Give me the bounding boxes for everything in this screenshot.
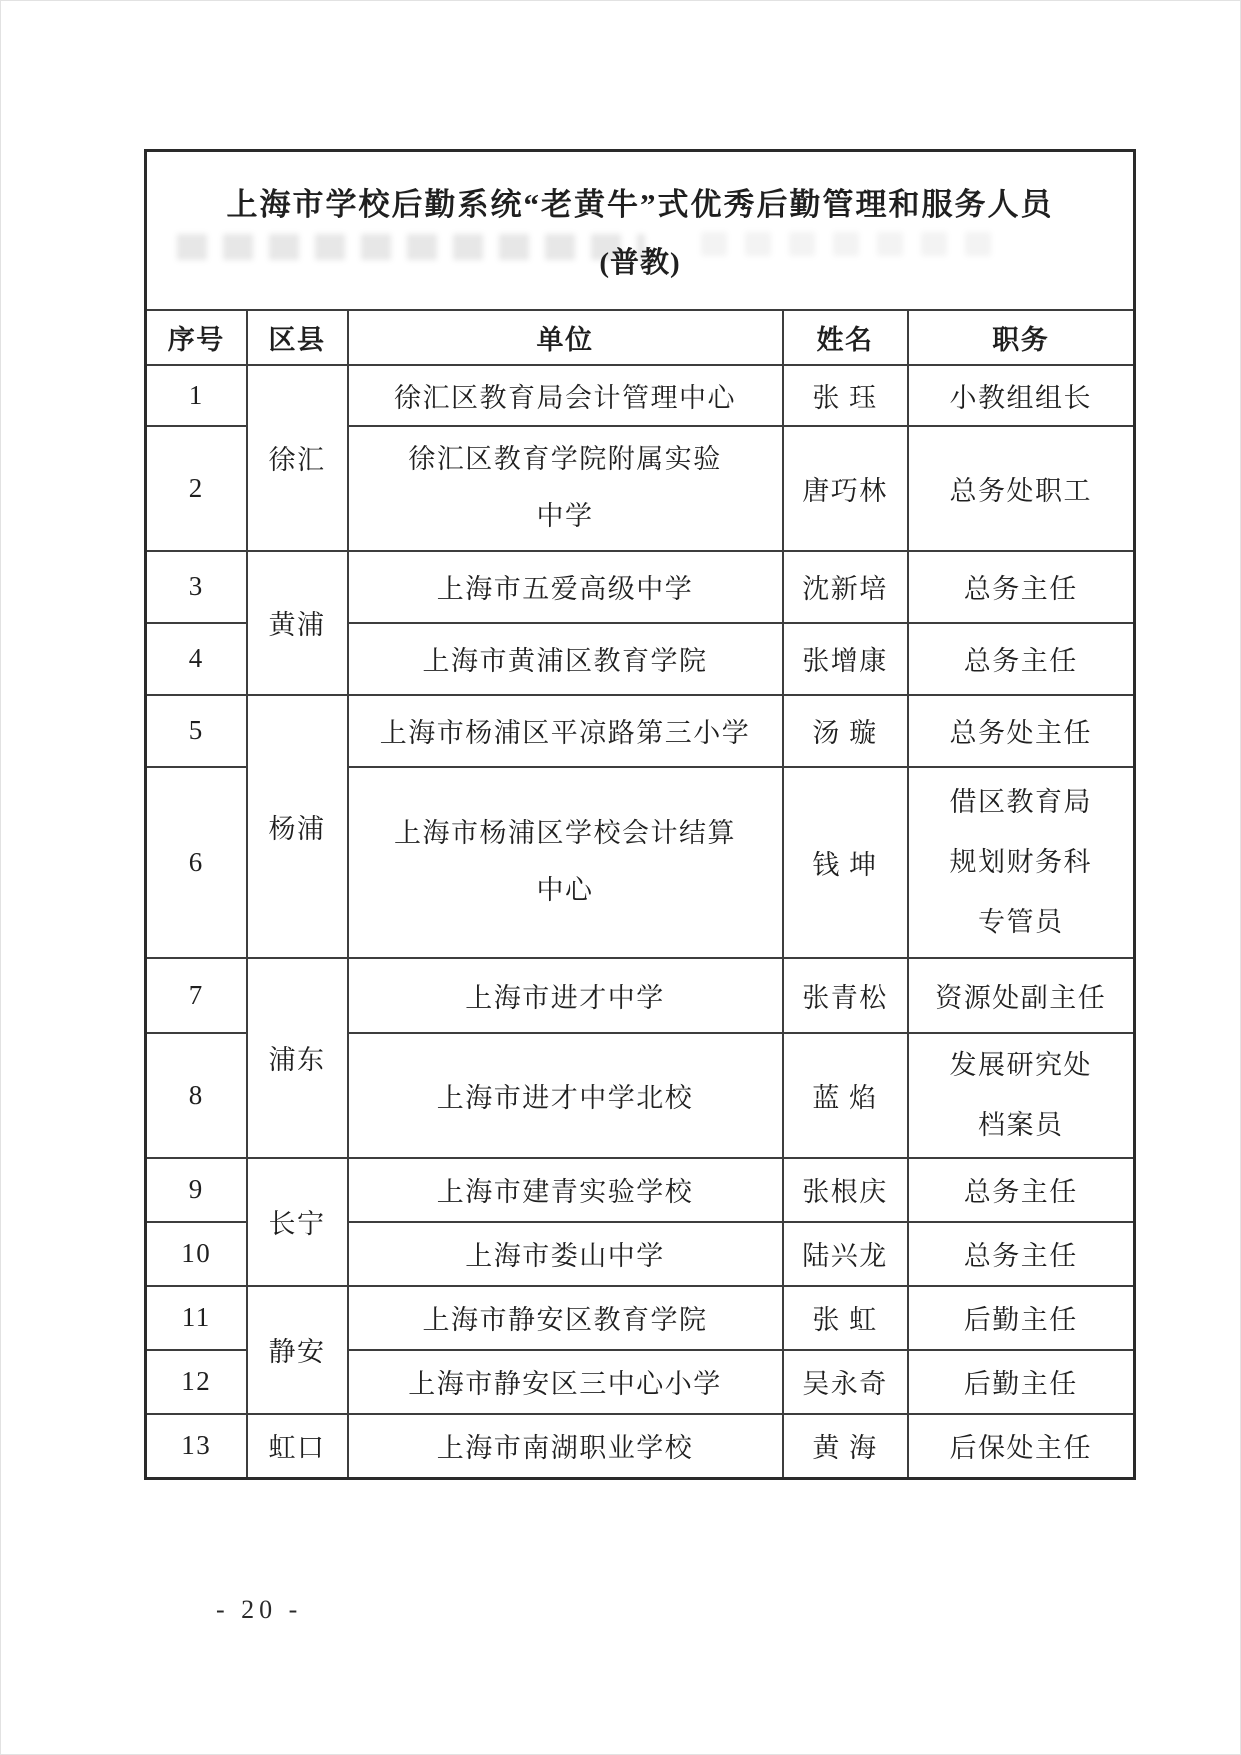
cell-position: 借区教育局规划财务科专管员 (908, 767, 1135, 958)
table-row: 1 徐汇 徐汇区教育局会计管理中心 张 珏 小教组组长 (146, 365, 1135, 426)
page-title: 上海市学校后勤系统“老黄牛”式优秀后勤管理和服务人员 (227, 179, 1054, 224)
cell-no: 7 (146, 958, 247, 1033)
cell-unit: 上海市娄山中学 (348, 1222, 783, 1286)
cell-position: 总务主任 (908, 551, 1135, 623)
cell-position: 小教组组长 (908, 365, 1135, 426)
cell-unit: 上海市建青实验学校 (348, 1158, 783, 1222)
cell-name: 吴永奇 (783, 1350, 908, 1414)
cell-name: 张根庆 (783, 1158, 908, 1222)
cell-name: 张青松 (783, 958, 908, 1033)
cell-name: 张 虹 (783, 1286, 908, 1350)
cell-unit: 上海市杨浦区学校会计结算中心 (348, 767, 783, 958)
cell-name: 钱 坤 (783, 767, 908, 958)
cell-no: 13 (146, 1414, 247, 1479)
table-row: 3 黄浦 上海市五爱高级中学 沈新培 总务主任 (146, 551, 1135, 623)
cell-position: 总务主任 (908, 1158, 1135, 1222)
title-cell: 上海市学校后勤系统“老黄牛”式优秀后勤管理和服务人员 (普教) (146, 151, 1135, 310)
table-row: 5 杨浦 上海市杨浦区平凉路第三小学 汤 璇 总务处主任 (146, 695, 1135, 767)
cell-name: 黄 海 (783, 1414, 908, 1479)
cell-district: 长宁 (247, 1158, 348, 1286)
cell-no: 6 (146, 767, 247, 958)
cell-no: 12 (146, 1350, 247, 1414)
header-cell-name: 姓名 (783, 310, 908, 365)
cell-position: 后保处主任 (908, 1414, 1135, 1479)
header-cell-district: 区县 (247, 310, 348, 365)
header-cell-position: 职务 (908, 310, 1135, 365)
cell-no: 2 (146, 426, 247, 551)
cell-unit: 徐汇区教育学院附属实验中学 (348, 426, 783, 551)
cell-position: 后勤主任 (908, 1350, 1135, 1414)
cell-no: 4 (146, 623, 247, 695)
table-row: 11 静安 上海市静安区教育学院 张 虹 后勤主任 (146, 1286, 1135, 1350)
header-row: 序号 区县 单位 姓名 职务 (146, 310, 1135, 365)
cell-unit: 上海市南湖职业学校 (348, 1414, 783, 1479)
cell-position: 资源处副主任 (908, 958, 1135, 1033)
cell-position: 后勤主任 (908, 1286, 1135, 1350)
table-row: 13 虹口 上海市南湖职业学校 黄 海 后保处主任 (146, 1414, 1135, 1479)
cell-no: 10 (146, 1222, 247, 1286)
cell-district: 静安 (247, 1286, 348, 1414)
cell-district: 虹口 (247, 1414, 348, 1479)
cell-unit: 徐汇区教育局会计管理中心 (348, 365, 783, 426)
cell-position: 总务处主任 (908, 695, 1135, 767)
cell-unit: 上海市杨浦区平凉路第三小学 (348, 695, 783, 767)
cell-district: 浦东 (247, 958, 348, 1158)
table-row: 7 浦东 上海市进才中学 张青松 资源处副主任 (146, 958, 1135, 1033)
cell-name: 唐巧林 (783, 426, 908, 551)
cell-unit: 上海市静安区教育学院 (348, 1286, 783, 1350)
cell-name: 陆兴龙 (783, 1222, 908, 1286)
cell-no: 11 (146, 1286, 247, 1350)
cell-unit: 上海市静安区三中心小学 (348, 1350, 783, 1414)
cell-name: 蓝 焰 (783, 1033, 908, 1158)
cell-unit: 上海市进才中学 (348, 958, 783, 1033)
cell-no: 3 (146, 551, 247, 623)
cell-name: 张 珏 (783, 365, 908, 426)
table-row: 9 长宁 上海市建青实验学校 张根庆 总务主任 (146, 1158, 1135, 1222)
awardees-table: 上海市学校后勤系统“老黄牛”式优秀后勤管理和服务人员 (普教) 序号 区县 单位… (144, 149, 1136, 1480)
cell-name: 张增康 (783, 623, 908, 695)
cell-no: 5 (146, 695, 247, 767)
page-number: - 20 - (216, 1595, 302, 1625)
cell-name: 沈新培 (783, 551, 908, 623)
cell-district: 徐汇 (247, 365, 348, 551)
cell-district: 杨浦 (247, 695, 348, 958)
header-cell-unit: 单位 (348, 310, 783, 365)
cell-no: 9 (146, 1158, 247, 1222)
cell-district: 黄浦 (247, 551, 348, 695)
cell-position: 发展研究处档案员 (908, 1033, 1135, 1158)
document-page: 上海市学校后勤系统“老黄牛”式优秀后勤管理和服务人员 (普教) 序号 区县 单位… (0, 0, 1241, 1755)
cell-position: 总务主任 (908, 1222, 1135, 1286)
header-cell-no: 序号 (146, 310, 247, 365)
cell-unit: 上海市黄浦区教育学院 (348, 623, 783, 695)
cell-name: 汤 璇 (783, 695, 908, 767)
cell-no: 1 (146, 365, 247, 426)
page-subtitle: (普教) (599, 240, 680, 281)
cell-position: 总务主任 (908, 623, 1135, 695)
cell-position: 总务处职工 (908, 426, 1135, 551)
cell-unit: 上海市五爱高级中学 (348, 551, 783, 623)
cell-unit: 上海市进才中学北校 (348, 1033, 783, 1158)
cell-no: 8 (146, 1033, 247, 1158)
title-row: 上海市学校后勤系统“老黄牛”式优秀后勤管理和服务人员 (普教) (146, 151, 1135, 310)
